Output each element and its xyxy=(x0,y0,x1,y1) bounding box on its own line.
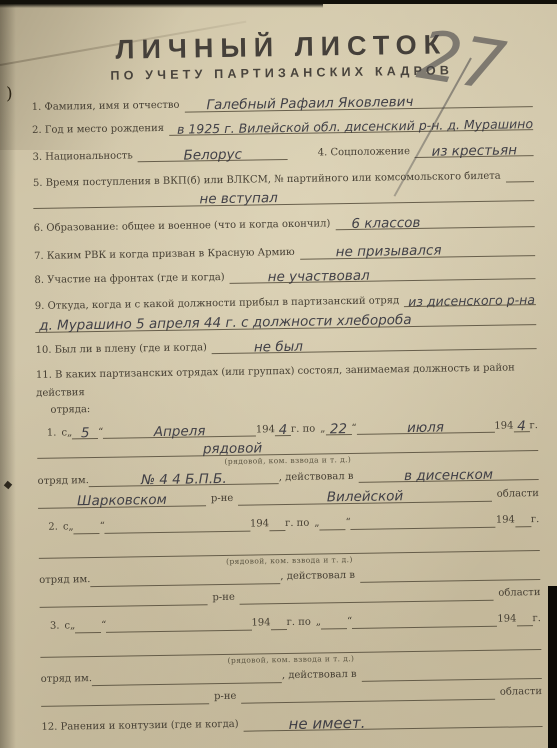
entry-3-day-from-line xyxy=(75,618,101,632)
field-10-label: 10. Был ли в плену (где и когда) xyxy=(35,342,207,357)
entry-1-day-to-line: 22 xyxy=(325,420,351,435)
entry-1-oblasti-label: области xyxy=(497,488,539,501)
entry-2-otryad-line xyxy=(90,570,280,587)
entry-1-year-from-line: 4 xyxy=(275,421,291,436)
entry-1-region-line: Вилейской xyxy=(238,487,492,505)
service-entry-3-otryad-row: отряд им. , действовал в xyxy=(41,665,542,687)
entry-1-region-handwritten: Вилейской xyxy=(327,490,404,505)
entry-3-g-end: г. xyxy=(532,613,541,626)
field-10-value-handwritten: не был xyxy=(254,340,303,354)
field-8-value-handwritten: не участвовал xyxy=(268,269,370,284)
field-8-label: 8. Участие на фронтах (где и когда) xyxy=(34,271,224,286)
service-entry-2-region-row: р-не области xyxy=(39,586,540,608)
field-10-row: 10. Был ли в плену (где и когда) не был xyxy=(35,335,536,357)
entry-3-number: 3. xyxy=(50,621,60,634)
entry-1-acted-label: , действовал в xyxy=(279,470,354,484)
entry-3-year-to-line xyxy=(516,612,532,626)
entry-1-g-po: г. по xyxy=(291,423,315,436)
entry-3-month-to-line xyxy=(352,612,497,628)
field-2-line: в 1925 г. Вилейской обл. дисенский р-н. … xyxy=(169,116,533,136)
field-9-label: 9. Откуда, когда и с какой должности при… xyxy=(35,295,400,313)
entry-2-number: 2. xyxy=(48,522,58,535)
field-9-value1-handwritten: из дисенского р-на xyxy=(408,294,535,308)
handwritten-page-number: 27 xyxy=(414,22,510,103)
field-6-label: 6. Образование: общее и военное (что и к… xyxy=(34,218,331,235)
entry-3-region-line xyxy=(241,685,495,703)
entry-3-month-from-line xyxy=(106,616,251,632)
field-1-value-handwritten: Галебный Рафаил Яковлевич xyxy=(206,96,413,113)
entry-3-194-from: 194 xyxy=(251,617,270,630)
entry-1-district-line: Шарковском xyxy=(38,491,206,508)
entry-1-district-handwritten: Шарковском xyxy=(77,494,167,509)
field-8-line: не участвовал xyxy=(230,265,536,284)
entry-3-otryad-line xyxy=(92,669,282,686)
scan-left-shadow xyxy=(0,0,16,748)
scan-edge-top-thick xyxy=(0,0,323,8)
entry-2-acted-line xyxy=(360,566,540,583)
entry-1-rank-handwritten: рядовой xyxy=(203,442,262,456)
field-3-4-row: 3. Национальность Белорус 4. Соцположени… xyxy=(32,142,533,164)
entry-3-otryad-label: отряд им. xyxy=(41,673,92,686)
service-entry-2-date-row: 2. с „ “ 194 г. по „ “ 194 xyxy=(38,513,539,535)
field-7-line: не призывался xyxy=(300,241,536,259)
entry-2-194-from: 194 xyxy=(250,518,269,531)
entry-1-otryad-line: № 4 4 Б.П.Б. xyxy=(89,470,279,487)
field-12-value-handwritten: не имеет. xyxy=(288,715,365,731)
field-4-value-handwritten: из крестьян xyxy=(431,144,517,159)
entry-2-day-from-line xyxy=(74,519,100,533)
entry-1-acted-line: в дисенском xyxy=(358,466,538,483)
entry-1-year-to-handwritten: 4 xyxy=(517,420,526,434)
entry-2-otryad-label: отряд им. xyxy=(39,574,90,587)
field-6-row: 6. Образование: общее и военное (что и к… xyxy=(34,213,535,235)
entry-1-194-from: 194 xyxy=(256,424,275,437)
field-4-line: из крестьян xyxy=(415,142,534,158)
entry-2-day-to-line xyxy=(319,516,345,530)
service-entry-1-region-row: Шарковском р-не Вилейской области xyxy=(38,486,539,508)
entry-2-194-to: 194 xyxy=(496,514,515,527)
field-1-label: 1. Фамилия, имя и отчество xyxy=(32,100,180,115)
entry-3-district-line xyxy=(41,690,209,707)
punch-mark: ) xyxy=(6,84,13,104)
field-5-value-handwritten: не вступал xyxy=(199,192,278,207)
entry-1-otryad-label: отряд им. xyxy=(38,475,89,488)
field-9-value2-handwritten: д. Мурашино 5 апреля 44 г. с должности х… xyxy=(39,314,412,333)
entry-1-194-to: 194 xyxy=(494,420,513,433)
field-6-value-handwritten: 6 классов xyxy=(351,216,420,231)
field-3-value-handwritten: Белорус xyxy=(183,148,242,162)
entry-3-acted-line xyxy=(361,665,541,682)
entry-1-day-from-handwritten: 5 xyxy=(81,427,90,441)
entry-2-rne-label: р-не xyxy=(212,592,235,605)
entry-1-month-from-handwritten: Апреля xyxy=(154,425,206,439)
entry-2-g-end: г. xyxy=(531,514,540,527)
entry-1-acted-handwritten: в дисенском xyxy=(404,468,493,483)
entry-1-month-to-line: июля xyxy=(356,418,494,435)
entry-2-region-line xyxy=(240,586,494,604)
scan-edge-right xyxy=(548,586,557,748)
field-9-line2: д. Мурашино 5 апреля 44 г. с должности х… xyxy=(35,310,536,332)
entry-2-district-line xyxy=(39,591,207,608)
entry-3-acted-label: , действовал в xyxy=(282,669,357,683)
entry-1-year-to-line: 4 xyxy=(513,418,529,433)
field-2-value-handwritten: в 1925 г. Вилейской обл. дисенский р-н. … xyxy=(177,118,533,136)
entry-2-year-from-line xyxy=(269,517,285,531)
entry-3-oblasti-label: области xyxy=(500,686,542,699)
entry-2-month-from-line xyxy=(105,517,250,533)
entry-2-g-po: г. по xyxy=(285,518,309,531)
entry-3-g-po: г. по xyxy=(287,617,311,630)
service-entry-1-otryad-row: отряд им. № 4 4 Б.П.Б. , действовал в в … xyxy=(38,466,539,488)
entry-2-year-to-line xyxy=(515,513,531,527)
entry-1-day-to-handwritten: 22 xyxy=(330,423,347,437)
entry-1-g-end: г. xyxy=(529,420,538,433)
entry-2-month-to-line xyxy=(351,513,496,529)
service-entry-3-region-row: р-не области xyxy=(41,685,542,707)
field-5-value-row: не вступал xyxy=(33,186,534,208)
field-3-line: Белорус xyxy=(138,145,288,162)
field-8-row: 8. Участие на фронтах (где и когда) не у… xyxy=(34,265,535,287)
field-9-row2: д. Мурашино 5 апреля 44 г. с должности х… xyxy=(35,310,536,332)
entry-1-rne-label: р-не xyxy=(211,493,234,506)
field-9-line1: из дисенского р-на xyxy=(404,291,536,307)
field-10-line: не был xyxy=(212,335,537,355)
form-content: ЛИЧНЫЙ ЛИСТОК ПО УЧЕТУ ПАРТИЗАНСКИХ КАДР… xyxy=(30,16,542,734)
entry-3-194-to: 194 xyxy=(497,613,516,626)
entry-1-month-from-line: Апреля xyxy=(103,422,256,439)
entry-1-month-to-handwritten: июля xyxy=(407,421,444,435)
field-7-label: 7. Каким РВК и когда призван в Красную А… xyxy=(34,247,295,264)
scanned-document: ) 27 ЛИЧНЫЙ ЛИСТОК ПО УЧЕТУ ПАРТИЗАНСКИХ… xyxy=(0,0,557,748)
field-7-row: 7. Каким РВК и когда призван в Красную А… xyxy=(34,241,535,263)
field-7-value-handwritten: не призывался xyxy=(336,245,442,260)
entry-3-rne-label: р-не xyxy=(214,691,237,704)
entry-3-year-from-line xyxy=(270,616,286,630)
field-2-row: 2. Год и место рождения в 1925 г. Вилейс… xyxy=(32,116,533,138)
field-2-label: 2. Год и место рождения xyxy=(32,123,164,138)
service-entry-2-otryad-row: отряд им. , действовал в xyxy=(39,566,540,588)
entry-2-acted-label: , действовал в xyxy=(280,570,355,584)
field-9-row: 9. Откуда, когда и с какой должности при… xyxy=(35,291,536,313)
entry-1-day-from-line: 5 xyxy=(72,424,98,439)
service-entry-3-date-row: 3. с „ “ 194 г. по „ “ 194 xyxy=(40,612,541,634)
field-6-line: 6 классов xyxy=(335,213,534,231)
field-4-label: 4. Соцположение xyxy=(318,146,410,160)
entry-1-otryad-handwritten: № 4 4 Б.П.Б. xyxy=(141,472,227,487)
field-5-line-short xyxy=(506,168,534,182)
entry-2-oblasti-label: области xyxy=(498,587,540,600)
field-5-line: не вступал xyxy=(33,186,534,208)
entry-1-number: 1. xyxy=(47,427,57,440)
entry-3-day-to-line xyxy=(321,615,347,629)
entry-1-year-from-handwritten: 4 xyxy=(279,423,288,437)
field-3-label: 3. Национальность xyxy=(32,150,132,164)
